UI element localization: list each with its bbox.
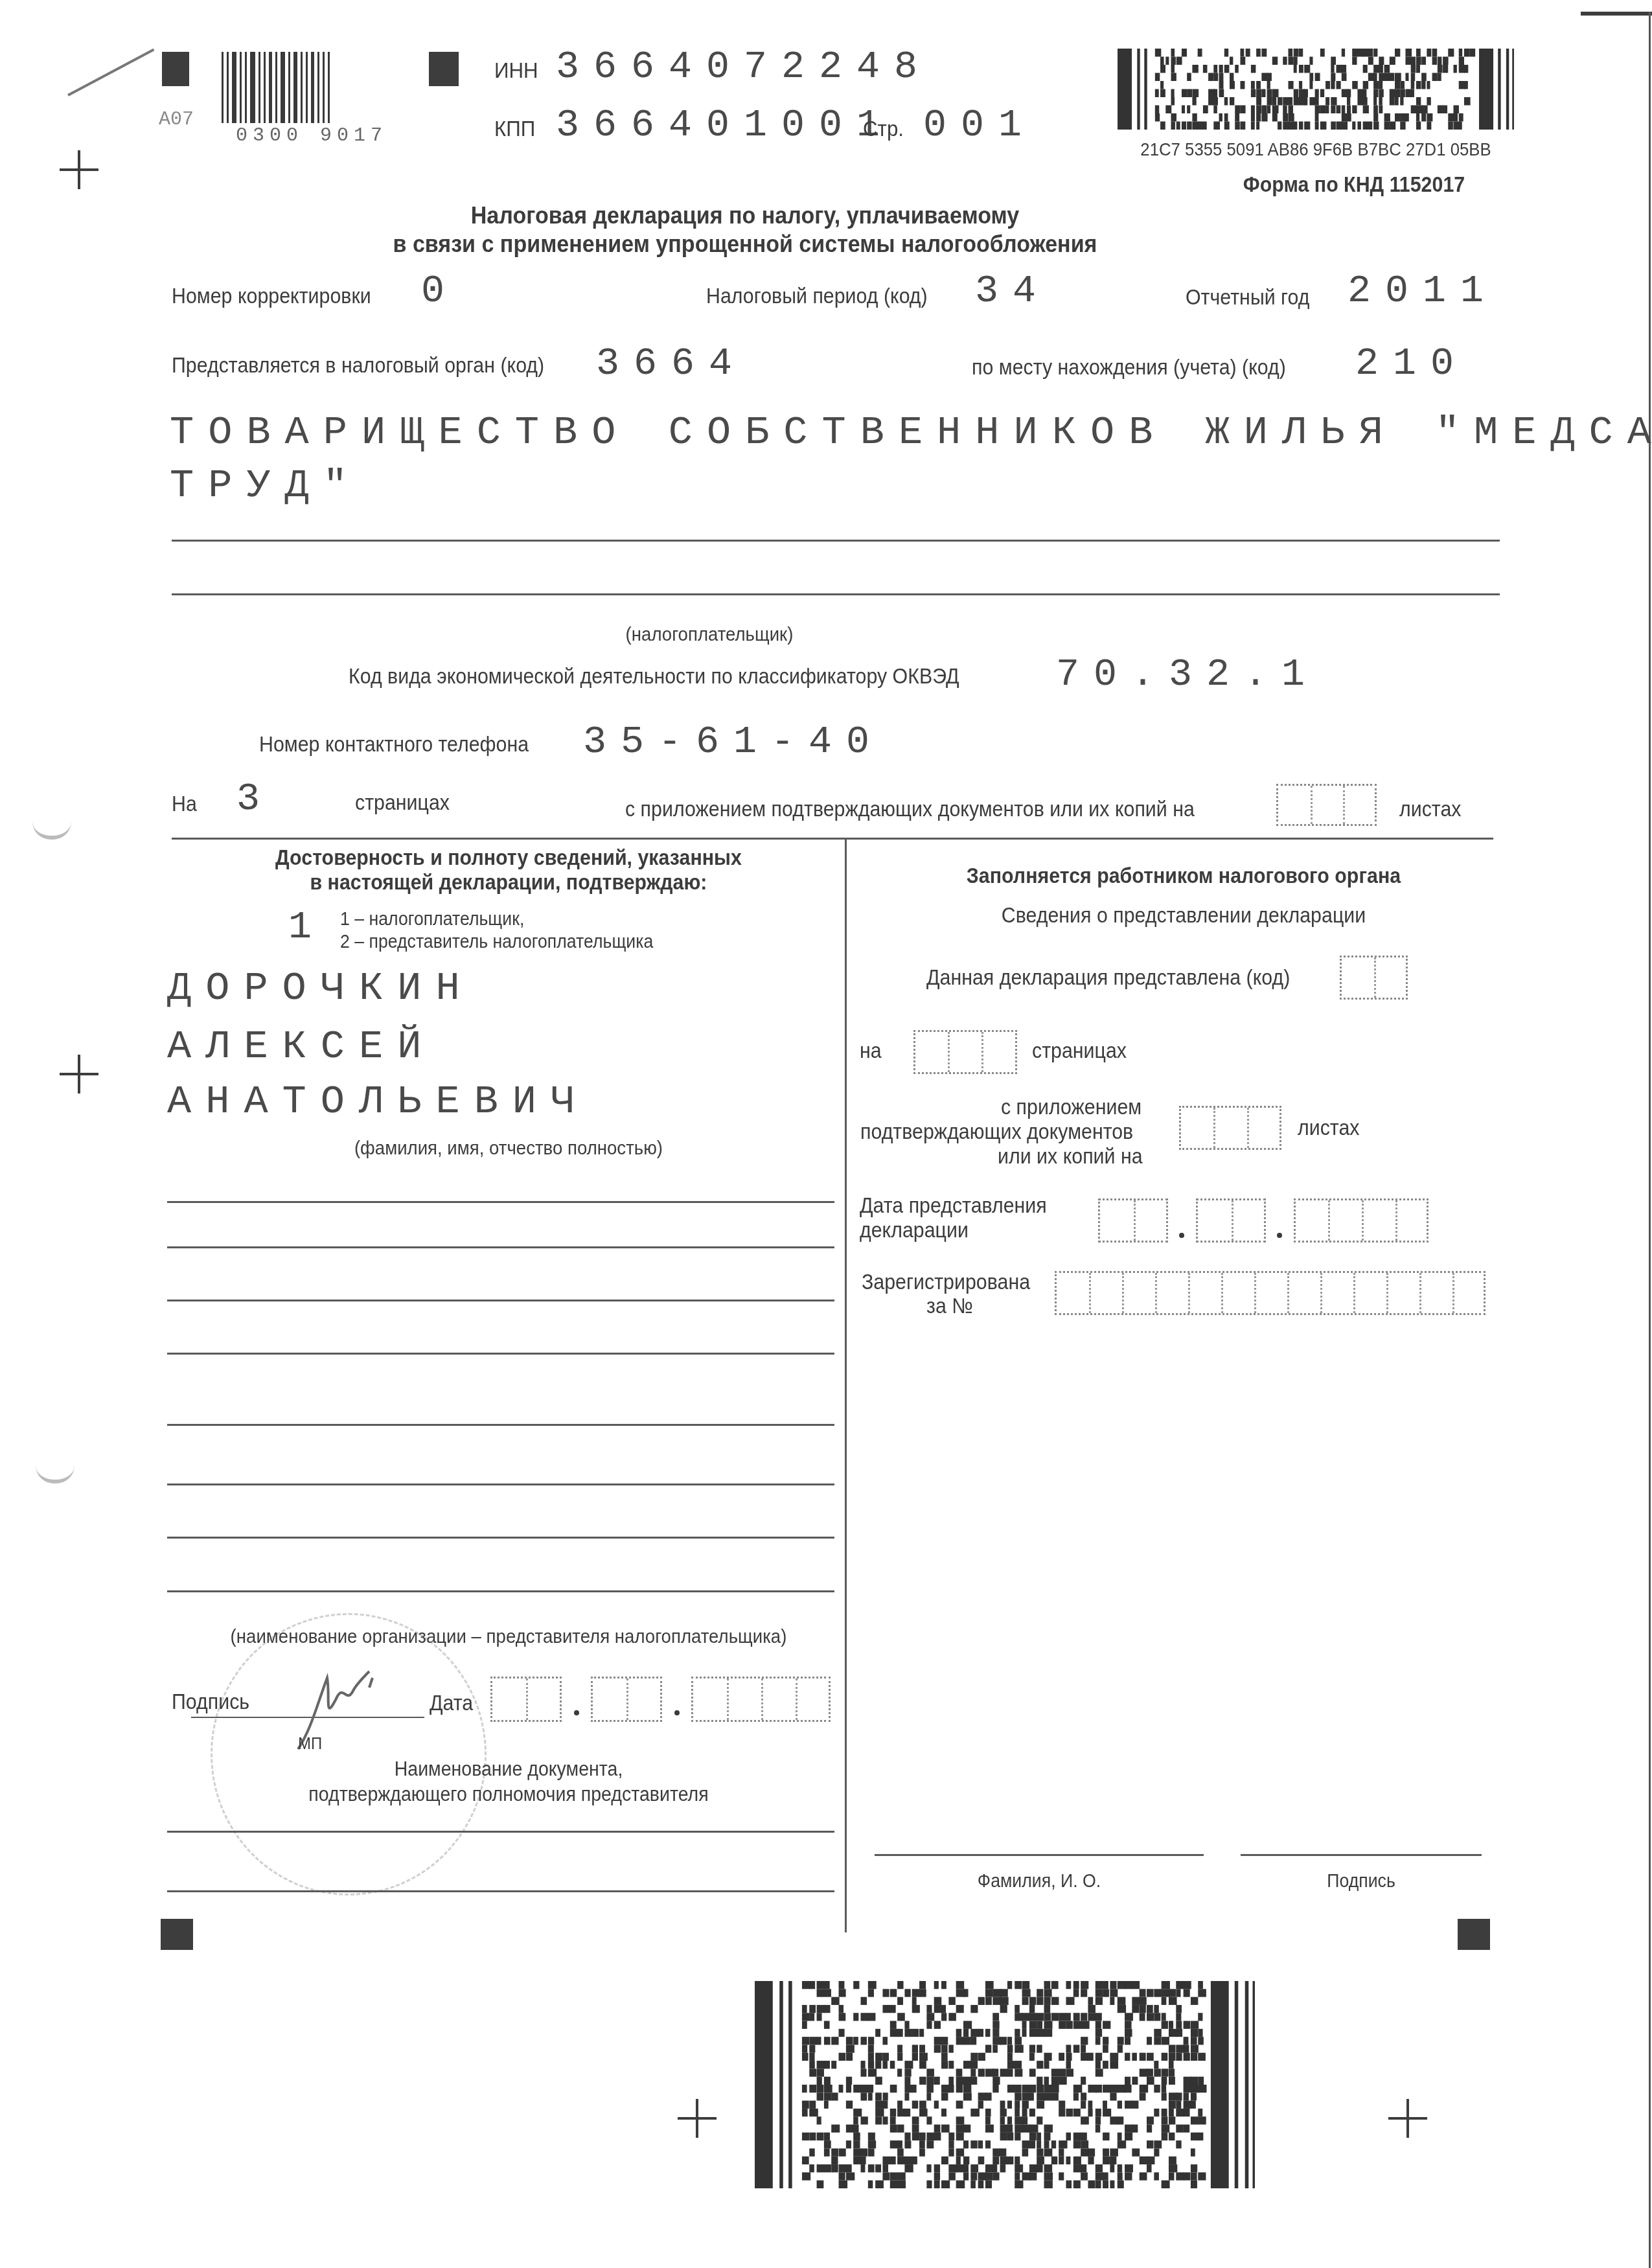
- section-divider: [172, 838, 1493, 840]
- signer-type-value[interactable]: 1: [288, 906, 326, 950]
- inspector-attach-line2: подтверждающих документов: [860, 1119, 1133, 1144]
- barcode-hash: 21C7 5355 5091 AB86 9F6B B7BC 27D1 05BB: [1133, 139, 1498, 160]
- taxpayer-name-line1[interactable]: ТОВАРИЩЕСТВО СОБСТВЕННИКОВ ЖИЛЬЯ "МЕДСАН: [170, 409, 1652, 455]
- registration-mark-bottom-left: [161, 1919, 193, 1950]
- inn-label: ИНН: [494, 58, 538, 84]
- taxpayer-line-2: [172, 593, 1500, 595]
- signer-option-1: 1 – налогоплательщик,: [340, 909, 524, 930]
- signer-date-day[interactable]: [490, 1677, 562, 1722]
- date-label: Дата: [430, 1691, 473, 1715]
- inspector-attach-line1: с приложением: [1001, 1095, 1141, 1119]
- document-title-line2: в связи с применением упрощенной системы…: [60, 231, 1430, 258]
- inspector-attach-input[interactable]: [1179, 1106, 1281, 1150]
- kpp-label: КПП: [494, 117, 535, 142]
- date-separator: [674, 1710, 680, 1715]
- doc-line-1: [167, 1831, 834, 1833]
- rep-org-line-2: [167, 1246, 834, 1248]
- date-separator: [1277, 1233, 1282, 1238]
- signer-date-year[interactable]: [691, 1677, 831, 1722]
- document-title-line1: Налоговая декларация по налогу, уплачива…: [60, 202, 1430, 229]
- correction-value[interactable]: 0: [421, 269, 459, 314]
- linear-barcode: [222, 52, 333, 123]
- signer-first-name[interactable]: АЛЕКСЕЙ: [167, 1024, 435, 1070]
- 2d-barcode-top: [1118, 49, 1514, 130]
- pages-value[interactable]: 3: [236, 777, 274, 821]
- okved-value[interactable]: 70.32.1: [1056, 653, 1319, 697]
- rep-org-line-4: [167, 1353, 834, 1355]
- submission-date-line1: Дата представления: [860, 1193, 1047, 1218]
- punch-hole-mark-lower: [36, 1465, 75, 1483]
- stamp-place-label: МП: [298, 1734, 322, 1754]
- crosshair-mark-top-left: [60, 150, 98, 189]
- submitted-label: Данная декларация представлена (код): [926, 965, 1290, 990]
- inspector-subheading: Сведения о представлении декларации: [874, 903, 1494, 928]
- registration-mark-top-left: [162, 52, 189, 86]
- staple-mark: [67, 49, 154, 97]
- pages-suffix: страницах: [355, 790, 450, 815]
- page-value: 001: [923, 104, 1036, 148]
- rep-org-line-7: [167, 1537, 834, 1539]
- doc-caption-line1: Наименование документа,: [199, 1758, 819, 1781]
- authority-value[interactable]: 3664: [596, 342, 746, 386]
- signer-option-2: 2 – представитель налогоплательщика: [340, 932, 653, 953]
- inspector-pages-prefix: на: [860, 1038, 882, 1063]
- taxpayer-caption: (налогоплательщик): [581, 624, 838, 646]
- signer-surname[interactable]: ДОРОЧКИН: [167, 965, 474, 1011]
- inspector-signature-caption: Подпись: [1250, 1871, 1472, 1892]
- punch-hole-mark-upper: [32, 821, 71, 840]
- crosshair-mark-bottom-left: [678, 2099, 717, 2138]
- registration-line2: за №: [926, 1294, 973, 1318]
- year-label: Отчетный год: [1186, 285, 1309, 310]
- rep-org-line-6: [167, 1483, 834, 1485]
- registration-line1: Зарегистрирована: [862, 1270, 1030, 1294]
- date-separator: [1179, 1233, 1184, 1238]
- inspector-pages-suffix: страницах: [1032, 1038, 1127, 1063]
- 2d-barcode-bottom: [755, 1981, 1255, 2188]
- inspector-fio-caption: Фамилия, И. О.: [888, 1871, 1190, 1892]
- rep-org-line-8: [167, 1590, 834, 1592]
- attachments-input[interactable]: [1276, 784, 1377, 826]
- inspector-attach-suffix: листах: [1298, 1116, 1359, 1140]
- pages-prefix: На: [172, 792, 197, 816]
- column-divider: [845, 838, 847, 1932]
- signer-patronymic[interactable]: АНАТОЛЬЕВИЧ: [167, 1079, 589, 1125]
- crosshair-mark-bottom-right: [1388, 2099, 1427, 2138]
- inn-value: 3664072248: [556, 45, 932, 89]
- authority-label: Представляется в налоговый орган (код): [172, 353, 544, 378]
- okved-label: Код вида экономической деятельности по к…: [349, 664, 959, 689]
- page-label: Стр.: [863, 117, 904, 142]
- corner-code: A07: [159, 109, 194, 131]
- attachments-suffix: листах: [1399, 797, 1461, 821]
- kpp-value: 366401001: [556, 104, 894, 148]
- page-edge-right: [1649, 12, 1651, 2268]
- rep-org-line-3: [167, 1300, 834, 1301]
- inspector-pages-input[interactable]: [913, 1030, 1017, 1074]
- inspector-signature-line: [1241, 1854, 1482, 1856]
- year-value[interactable]: 2011: [1348, 269, 1498, 314]
- signer-date-month[interactable]: [591, 1677, 662, 1722]
- submission-date-month[interactable]: [1196, 1198, 1266, 1243]
- inspector-attach-line3: или их копий на: [998, 1144, 1143, 1169]
- period-label: Налоговый период (код): [706, 284, 928, 308]
- correction-label: Номер корректировки: [172, 284, 371, 308]
- submitted-code-input[interactable]: [1340, 956, 1408, 1000]
- barcode-number: 0300 9017: [236, 125, 387, 147]
- taxpayer-name-line2[interactable]: ТРУД": [170, 463, 361, 509]
- inspector-heading: Заполняется работником налогового органа: [874, 864, 1494, 888]
- page-edge-shadow: [1581, 12, 1652, 16]
- registration-number-input[interactable]: [1055, 1271, 1486, 1315]
- taxpayer-line-1: [172, 540, 1500, 542]
- doc-line-2: [167, 1890, 834, 1892]
- signature-label: Подпись: [172, 1690, 249, 1714]
- form-code: Форма по КНД 1152017: [1229, 172, 1479, 197]
- date-separator: [574, 1710, 579, 1715]
- confirm-heading-line1: Достоверность и полноту сведений, указан…: [199, 845, 819, 870]
- submission-date-line2: декларации: [860, 1218, 969, 1243]
- name-caption: (фамилия, имя, отчество полностью): [199, 1138, 819, 1160]
- doc-caption-line2: подтверждающего полномочия представителя: [199, 1783, 819, 1806]
- rep-org-line-1: [167, 1201, 834, 1203]
- phone-value[interactable]: 35-61-40: [583, 720, 884, 764]
- submission-date-day[interactable]: [1098, 1198, 1168, 1243]
- submission-date-year[interactable]: [1294, 1198, 1428, 1243]
- phone-label: Номер контактного телефона: [259, 732, 529, 757]
- confirm-heading-line2: в настоящей декларации, подтверждаю:: [199, 870, 819, 895]
- registration-mark-bottom-right: [1458, 1919, 1490, 1950]
- rep-org-line-5: [167, 1424, 834, 1426]
- attachments-label: с приложением подтверждающих документов …: [625, 797, 1195, 821]
- inspector-fio-line: [875, 1854, 1204, 1856]
- location-value[interactable]: 210: [1355, 342, 1468, 386]
- registration-mark-top-mid: [429, 52, 459, 86]
- location-label: по месту нахождения (учета) (код): [972, 355, 1286, 380]
- crosshair-mark-left: [60, 1055, 98, 1094]
- period-value[interactable]: 34: [975, 269, 1050, 314]
